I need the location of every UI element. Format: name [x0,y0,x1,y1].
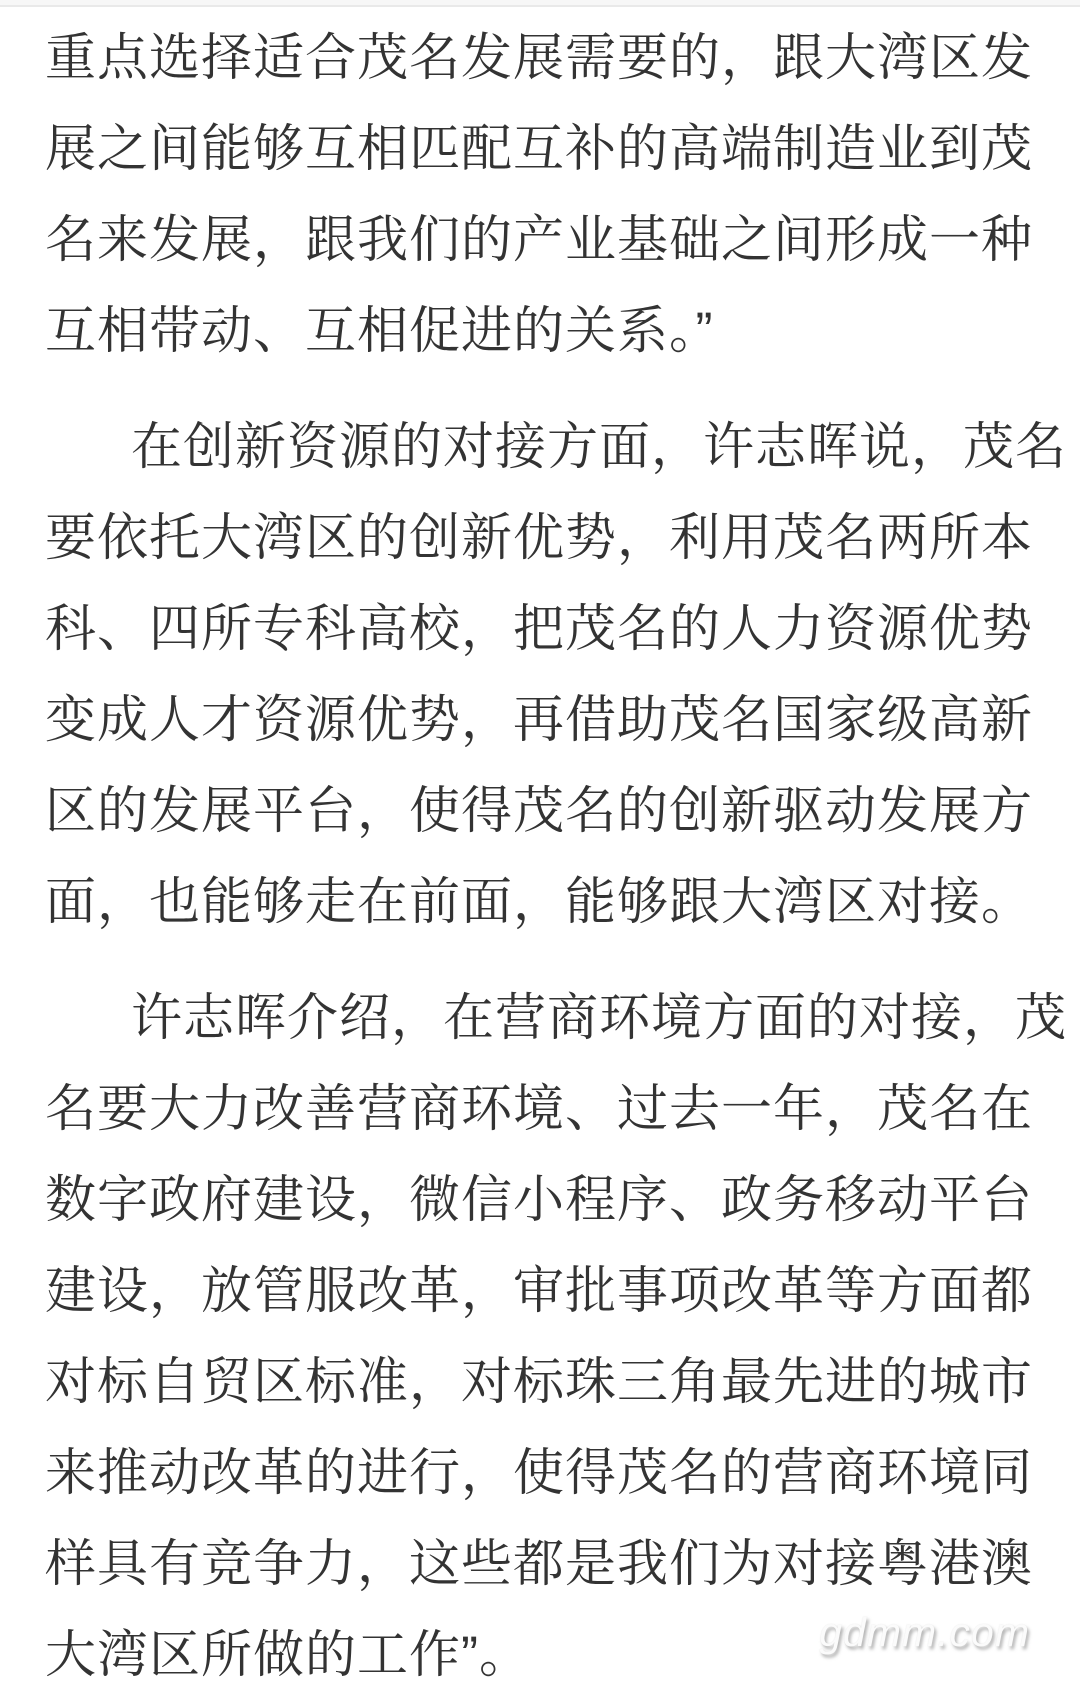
article-paragraph-1: 重点选择适合茂名发展需要的，跟大湾区发 展之间能够互相匹配互补的高端制造业到茂 … [45,12,1040,376]
article-paragraph-2: 在创新资源的对接方面，许志晖说，茂名 要依托大湾区的创新优势，利用茂名两所本 科… [45,401,1040,947]
article-page: 重点选择适合茂名发展需要的，跟大湾区发 展之间能够互相匹配互补的高端制造业到茂 … [0,0,1080,1699]
watermark-text: gdmm.com [819,1609,1030,1656]
article-paragraph-3: 许志晖介绍，在营商环境方面的对接，茂 名要大力改善营商环境、过去一年，茂名在 数… [45,972,1040,1699]
article-body: 重点选择适合茂名发展需要的，跟大湾区发 展之间能够互相匹配互补的高端制造业到茂 … [45,12,1040,1699]
top-divider [0,0,1080,7]
